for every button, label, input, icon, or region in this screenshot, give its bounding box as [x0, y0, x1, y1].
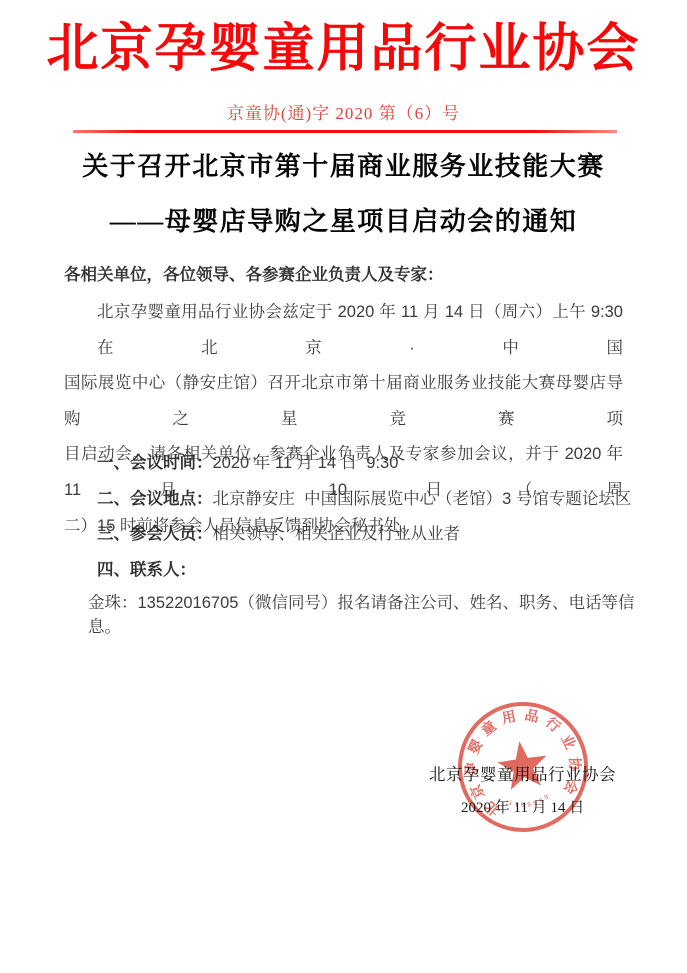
salutation: 各相关单位，各位领导、各参赛企业负责人及专家：: [64, 261, 444, 285]
signature-date: 2020 年 11 月 14 日: [461, 796, 584, 817]
doc-number: 京童协(通)字 2020 第（6）号: [0, 102, 687, 126]
item-value: 2020 年 11 月 14 日 9:30: [213, 454, 399, 472]
notice-title-line1: 关于召开北京市第十届商业服务业技能大赛: [0, 151, 687, 182]
item-value: 相关领导、相关企业及行业从业者: [213, 525, 461, 543]
list-item-contact-person: 四、联系人：: [97, 553, 637, 589]
paragraph-line: 国际展览中心（静安庄馆）召开北京市第十届商业服务业技能大赛母婴店导购之星竞赛项: [64, 366, 623, 437]
item-value: 北京静安庄 中国国际展览中心（老馆）3 号馆专题论坛区: [213, 490, 632, 508]
org-name-header: 北京孕婴童用品行业协会: [0, 20, 687, 80]
paragraph-line: 北京孕婴童用品行业协会兹定于 2020 年 11 月 14 日（周六）上午 9:…: [64, 295, 623, 366]
meeting-info-list: 一、会议时间：2020 年 11 月 14 日 9:30 二、会议地点：北京静安…: [97, 446, 637, 589]
item-label: 二、会议地点：: [97, 490, 213, 508]
item-label: 一、会议时间：: [97, 454, 213, 472]
item-label: 三、参会人员：: [97, 525, 213, 543]
notice-document-page: 北京孕婴童用品行业协会 京童协(通)字 2020 第（6）号 关于召开北京市第十…: [0, 0, 687, 973]
notice-title-line2: ——母婴店导购之星项目启动会的通知: [0, 206, 687, 237]
list-item-attendees: 三、参会人员：相关领导、相关企业及行业从业者: [97, 517, 637, 553]
contact-line: 金珠：13522016705（微信同号）报名请备注公司、姓名、职务、电话等信息。: [88, 589, 648, 637]
list-item-meeting-time: 一、会议时间：2020 年 11 月 14 日 9:30: [97, 446, 637, 482]
signature-org-name: 北京孕婴童用品行业协会: [429, 761, 616, 785]
item-label: 四、联系人：: [97, 561, 196, 579]
list-item-meeting-place: 二、会议地点：北京静安庄 中国国际展览中心（老馆）3 号馆专题论坛区: [97, 482, 637, 518]
header-divider-line: [73, 130, 617, 133]
